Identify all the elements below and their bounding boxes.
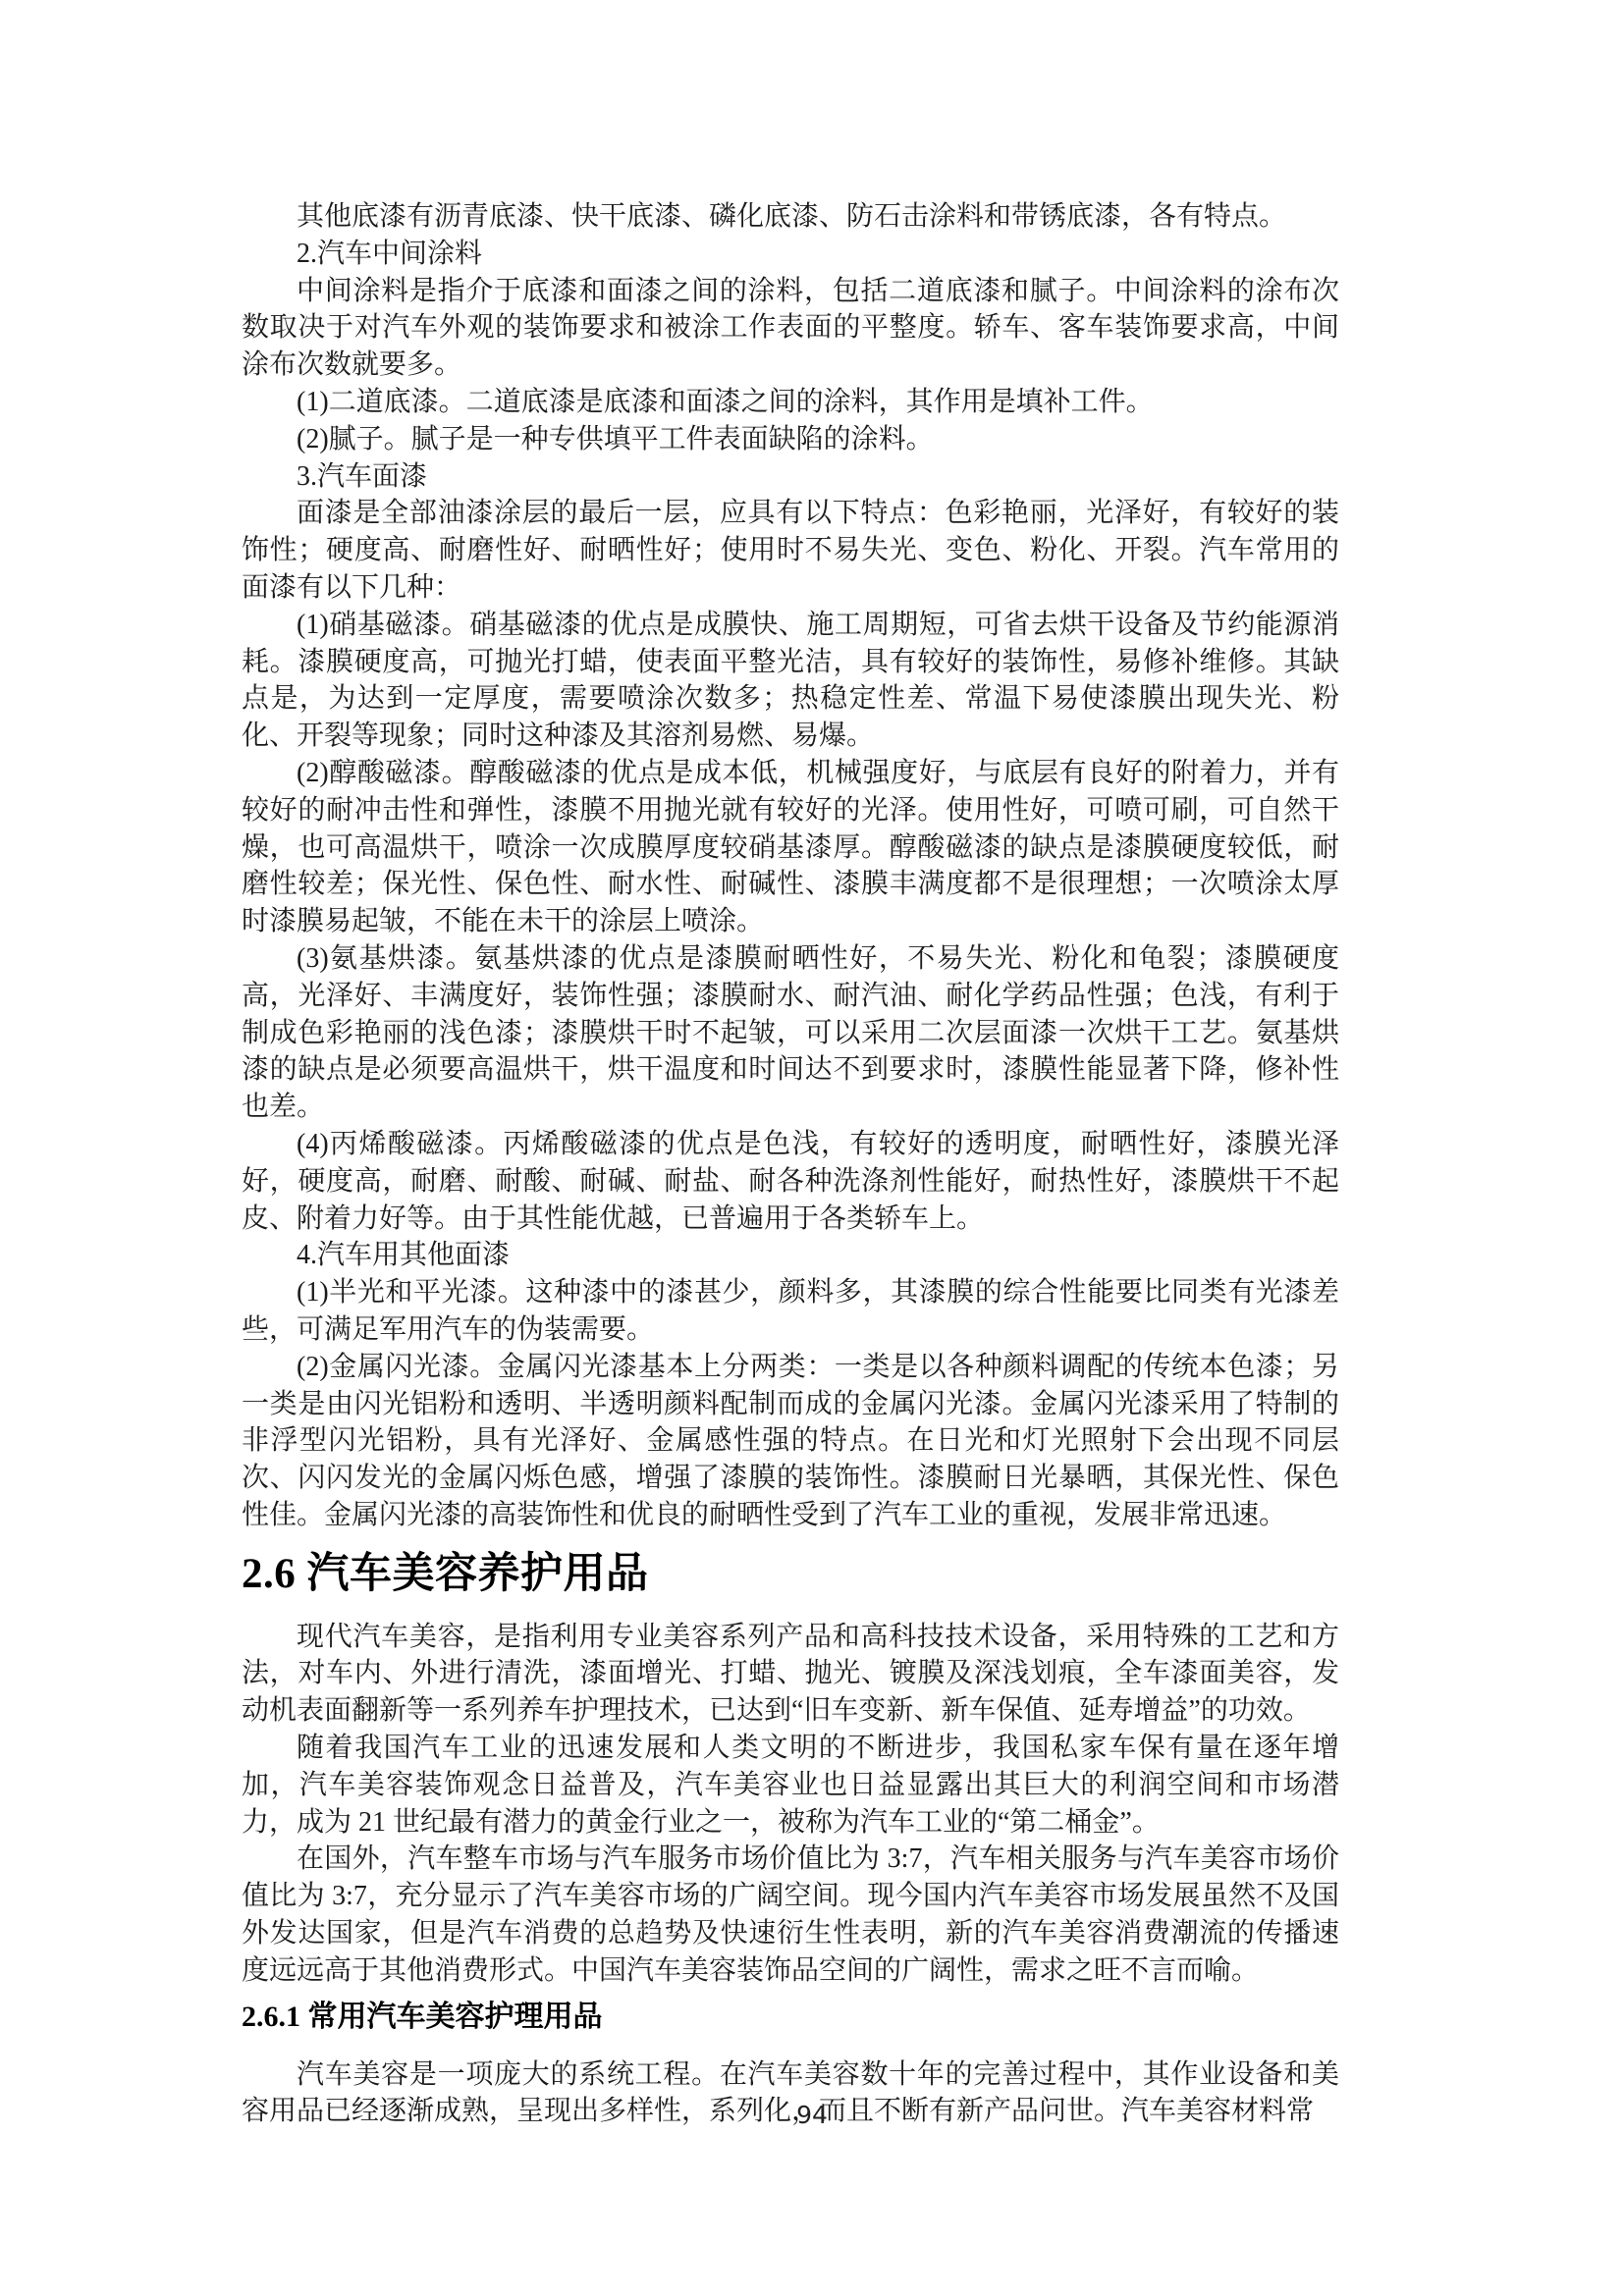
paragraph: (1)硝基磁漆。硝基磁漆的优点是成膜快、施工周期短，可省去烘干设备及节约能源消耗… (242, 607, 1339, 755)
subsection-heading-2-6-1: 2.6.1 常用汽车美容护理用品 (242, 1998, 1339, 2037)
paragraph: (3)氨基烘漆。氨基烘漆的优点是漆膜耐晒性好，不易失光、粉化和龟裂；漆膜硬度高，… (242, 940, 1339, 1126)
paragraph: (1)半光和平光漆。这种漆中的漆甚少，颜料多，其漆膜的综合性能要比同类有光漆差些… (242, 1274, 1339, 1349)
list-heading-other-topcoats: 4.汽车用其他面漆 (242, 1237, 1339, 1274)
list-heading-middle-coatings: 2.汽车中间涂料 (242, 236, 1339, 273)
paragraph: 其他底漆有沥青底漆、快干底漆、磷化底漆、防石击涂料和带锈底漆，各有特点。 (242, 198, 1339, 236)
paragraph: 在国外，汽车整车市场与汽车服务市场价值比为 3:7，汽车相关服务与汽车美容市场价… (242, 1841, 1339, 1989)
paragraph: (4)丙烯酸磁漆。丙烯酸磁漆的优点是色浅，有较好的透明度，耐晒性好，漆膜光泽好，… (242, 1126, 1339, 1237)
paragraph: 现代汽车美容，是指利用专业美容系列产品和高科技技术设备，采用特殊的工艺和方法，对… (242, 1619, 1339, 1730)
paragraph: 中间涂料是指介于底漆和面漆之间的涂料，包括二道底漆和腻子。中间涂料的涂布次数取决… (242, 273, 1339, 384)
paragraph: (2)腻子。腻子是一种专供填平工件表面缺陷的涂料。 (242, 421, 1339, 458)
paragraph: 面漆是全部油漆涂层的最后一层，应具有以下特点：色彩艳丽，光泽好，有较好的装饰性；… (242, 495, 1339, 606)
paragraph: (2)金属闪光漆。金属闪光漆基本上分两类：一类是以各种颜料调配的传统本色漆；另一… (242, 1349, 1339, 1534)
paragraph: (2)醇酸磁漆。醇酸磁漆的优点是成本低，机械强度好，与底层有良好的附着力，并有较… (242, 755, 1339, 940)
paragraph: (1)二道底漆。二道底漆是底漆和面漆之间的涂料，其作用是填补工件。 (242, 384, 1339, 421)
document-page: 其他底漆有沥青底漆、快干底漆、磷化底漆、防石击涂料和带锈底漆，各有特点。 2.汽… (0, 0, 1624, 2296)
text-column: 其他底漆有沥青底漆、快干底漆、磷化底漆、防石击涂料和带锈底漆，各有特点。 2.汽… (242, 198, 1339, 2130)
paragraph: 随着我国汽车工业的迅速发展和人类文明的不断进步，我国私家车保有量在逐年增加，汽车… (242, 1730, 1339, 1841)
page-number: 94 (0, 2101, 1624, 2129)
section-heading-2-6: 2.6 汽车美容养护用品 (242, 1550, 1339, 1599)
list-heading-topcoat: 3.汽车面漆 (242, 458, 1339, 496)
